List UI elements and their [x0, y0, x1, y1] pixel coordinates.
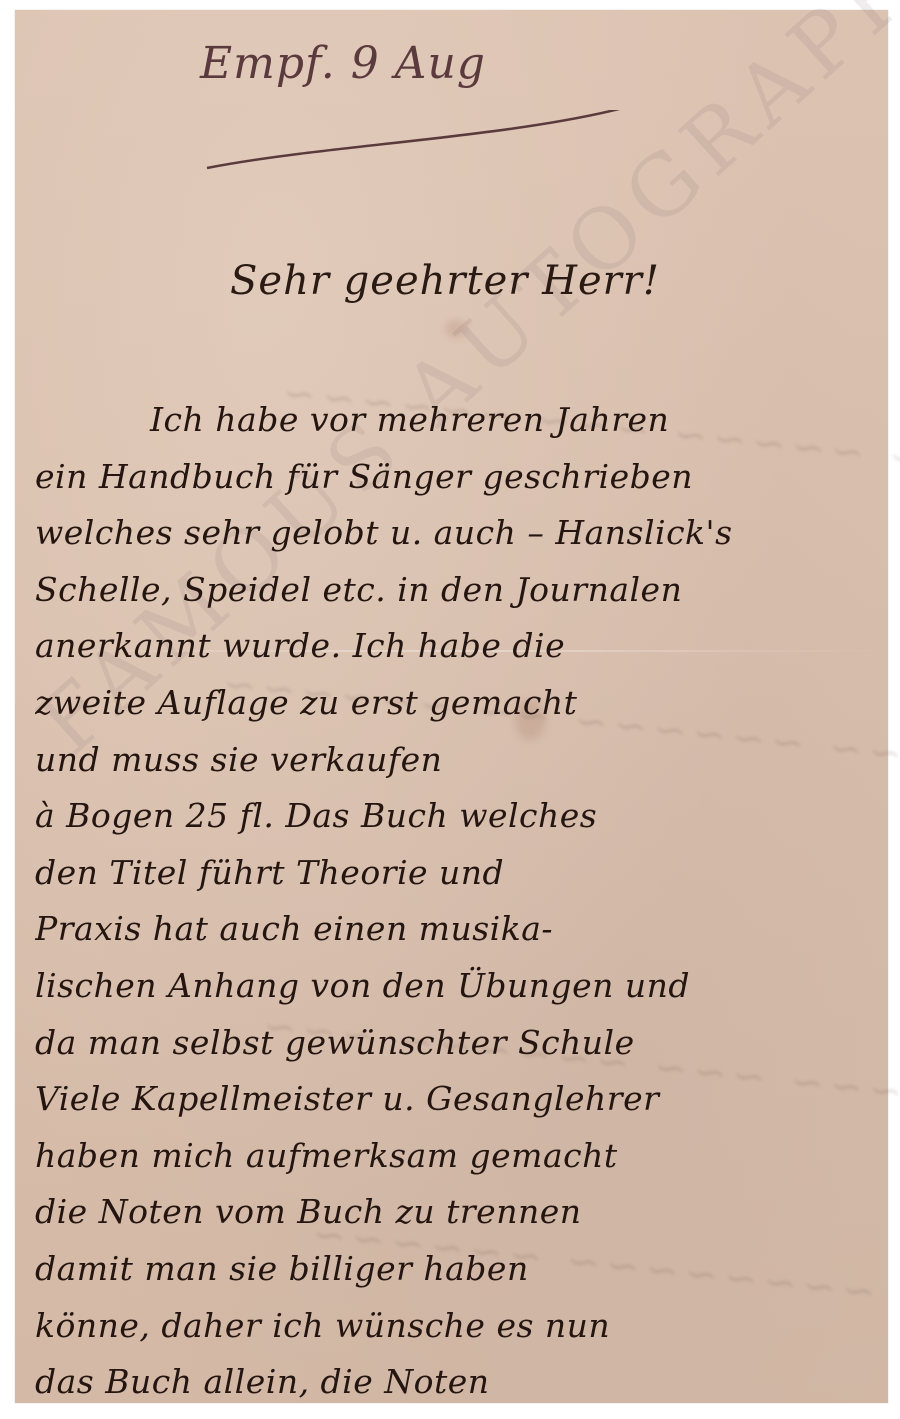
body-line: und muss sie verkaufen	[35, 732, 865, 789]
body-line: Ich habe vor mehreren Jahren	[35, 392, 865, 449]
body-line: die Noten vom Buch zu trennen	[35, 1184, 865, 1241]
body-line: zweite Auflage zu erst gemacht	[35, 675, 865, 732]
body-line: anerkannt wurde. Ich habe die	[35, 618, 865, 675]
letter-body: Ich habe vor mehreren Jahren ein Handbuc…	[35, 392, 865, 1411]
body-line: lischen Anhang von den Übungen und	[35, 958, 865, 1015]
body-line: welches sehr gelobt u. auch – Hanslick's	[35, 505, 865, 562]
body-line: Praxis hat auch einen musika-	[35, 901, 865, 958]
receipt-note: Empf. 9 Aug	[200, 38, 486, 89]
body-line: damit man sie billiger haben	[35, 1241, 865, 1298]
body-line: den Titel führt Theorie und	[35, 845, 865, 902]
body-line: Viele Kapellmeister u. Gesanglehrer	[35, 1071, 865, 1128]
body-line: könne, daher ich wünsche es nun	[35, 1298, 865, 1355]
body-line: ein Handbuch für Sänger geschrieben	[35, 449, 865, 506]
paper-stain	[445, 320, 467, 338]
body-line: à Bogen 25 fl. Das Buch welches	[35, 788, 865, 845]
body-line: haben mich aufmerksam gemacht	[35, 1128, 865, 1185]
body-line: da man selbst gewünschter Schule	[35, 1015, 865, 1072]
body-line: Schelle, Speidel etc. in den Journalen	[35, 562, 865, 619]
body-line: das Buch allein, die Noten	[35, 1354, 865, 1411]
salutation: Sehr geehrter Herr!	[230, 258, 660, 304]
receipt-note-underline	[205, 110, 625, 170]
